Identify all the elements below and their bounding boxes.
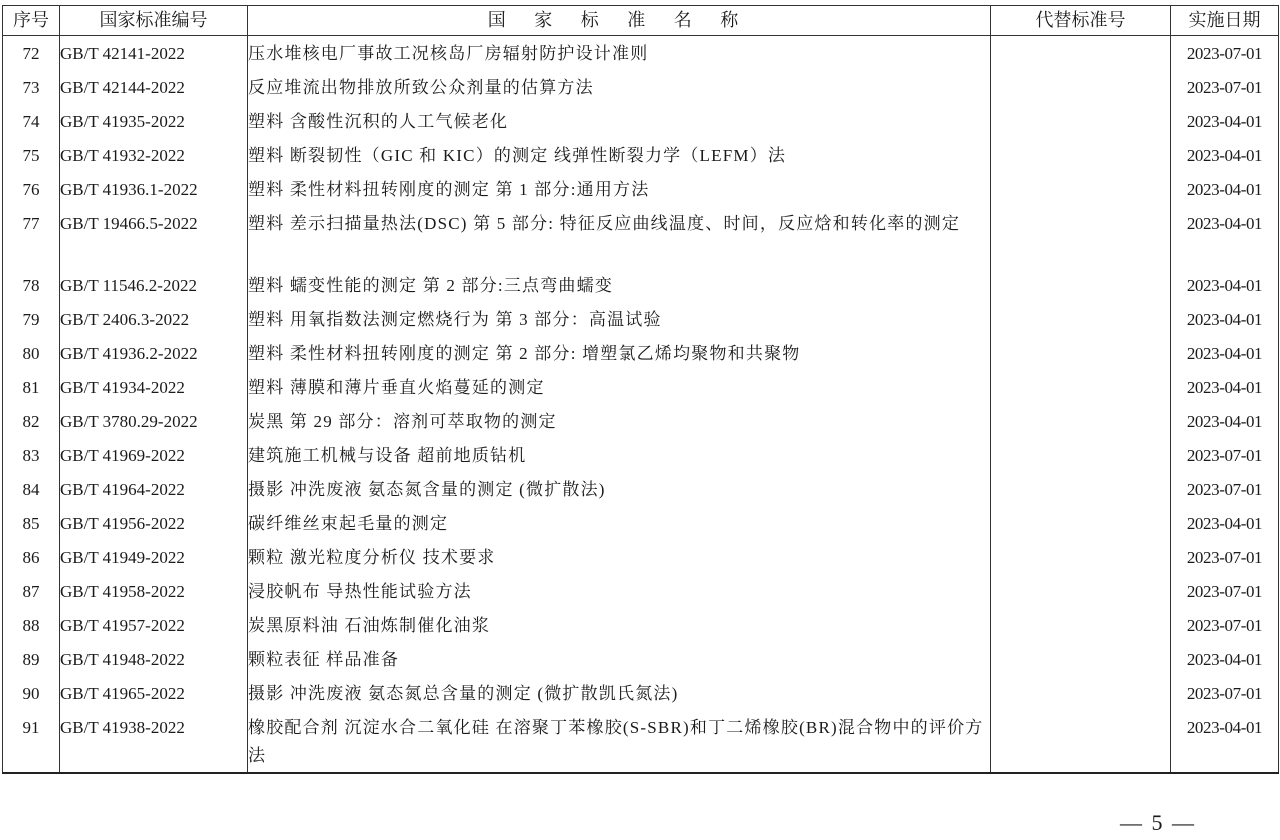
row-seq: 74 — [3, 104, 60, 138]
table-header-row: 序号 国家标准编号 国 家 标 准 名 称 代替标准号 实施日期 — [3, 6, 1279, 36]
row-code: GB/T 41932-2022 — [60, 138, 248, 172]
row-replaces — [991, 302, 1171, 336]
row-name: 反应堆流出物排放所致公众剂量的估算方法 — [248, 70, 991, 104]
table-row: 90GB/T 41965-2022摄影 冲洗废液 氨态氮总含量的测定 (微扩散凯… — [3, 676, 1279, 710]
row-name: 塑料 柔性材料扭转刚度的测定 第 1 部分:通用方法 — [248, 172, 991, 206]
row-date: 2023-04-01 — [1171, 710, 1279, 773]
row-replaces — [991, 104, 1171, 138]
row-date: 2023-04-01 — [1171, 206, 1279, 268]
row-date: 2023-07-01 — [1171, 70, 1279, 104]
row-code: GB/T 3780.29-2022 — [60, 404, 248, 438]
row-replaces — [991, 642, 1171, 676]
row-code: GB/T 41936.2-2022 — [60, 336, 248, 370]
standards-table: 序号 国家标准编号 国 家 标 准 名 称 代替标准号 实施日期 72GB/T … — [2, 5, 1279, 774]
row-code: GB/T 42141-2022 — [60, 36, 248, 71]
row-name: 摄影 冲洗废液 氨态氮总含量的测定 (微扩散凯氏氮法) — [248, 676, 991, 710]
row-seq: 80 — [3, 336, 60, 370]
row-replaces — [991, 336, 1171, 370]
row-seq: 81 — [3, 370, 60, 404]
row-seq: 76 — [3, 172, 60, 206]
row-name: 浸胶帆布 导热性能试验方法 — [248, 574, 991, 608]
row-name: 颗粒 激光粒度分析仪 技术要求 — [248, 540, 991, 574]
row-replaces — [991, 138, 1171, 172]
row-date: 2023-07-01 — [1171, 438, 1279, 472]
row-date: 2023-07-01 — [1171, 676, 1279, 710]
table-row: 84GB/T 41964-2022摄影 冲洗废液 氨态氮含量的测定 (微扩散法)… — [3, 472, 1279, 506]
row-code: GB/T 11546.2-2022 — [60, 268, 248, 302]
row-date: 2023-04-01 — [1171, 302, 1279, 336]
row-seq: 88 — [3, 608, 60, 642]
row-name: 炭黑原料油 石油炼制催化油浆 — [248, 608, 991, 642]
table-row: 77GB/T 19466.5-2022塑料 差示扫描量热法(DSC) 第 5 部… — [3, 206, 1279, 268]
row-replaces — [991, 574, 1171, 608]
row-seq: 87 — [3, 574, 60, 608]
page-number: — 5 — — [1120, 810, 1196, 836]
row-seq: 78 — [3, 268, 60, 302]
row-code: GB/T 41936.1-2022 — [60, 172, 248, 206]
row-date: 2023-04-01 — [1171, 172, 1279, 206]
row-name: 碳纤维丝束起毛量的测定 — [248, 506, 991, 540]
table-row: 87GB/T 41958-2022浸胶帆布 导热性能试验方法2023-07-01 — [3, 574, 1279, 608]
row-seq: 84 — [3, 472, 60, 506]
table-row: 89GB/T 41948-2022颗粒表征 样品准备2023-04-01 — [3, 642, 1279, 676]
row-name: 塑料 用氧指数法测定燃烧行为 第 3 部分：高温试验 — [248, 302, 991, 336]
table-row: 79GB/T 2406.3-2022塑料 用氧指数法测定燃烧行为 第 3 部分：… — [3, 302, 1279, 336]
row-name: 炭黑 第 29 部分：溶剂可萃取物的测定 — [248, 404, 991, 438]
row-name: 橡胶配合剂 沉淀水合二氧化硅 在溶聚丁苯橡胶(S-SBR)和丁二烯橡胶(BR)混… — [248, 710, 991, 773]
row-replaces — [991, 70, 1171, 104]
row-date: 2023-07-01 — [1171, 540, 1279, 574]
row-code: GB/T 41935-2022 — [60, 104, 248, 138]
row-code: GB/T 41949-2022 — [60, 540, 248, 574]
row-code: GB/T 41938-2022 — [60, 710, 248, 773]
header-date: 实施日期 — [1171, 6, 1279, 36]
row-replaces — [991, 36, 1171, 71]
row-replaces — [991, 540, 1171, 574]
row-date: 2023-04-01 — [1171, 506, 1279, 540]
row-date: 2023-04-01 — [1171, 268, 1279, 302]
table-row: 74GB/T 41935-2022塑料 含酸性沉积的人工气候老化2023-04-… — [3, 104, 1279, 138]
row-date: 2023-04-01 — [1171, 642, 1279, 676]
table-row: 72GB/T 42141-2022压水堆核电厂事故工况核岛厂房辐射防护设计准则2… — [3, 36, 1279, 71]
row-name: 塑料 薄膜和薄片垂直火焰蔓延的测定 — [248, 370, 991, 404]
row-code: GB/T 41965-2022 — [60, 676, 248, 710]
row-seq: 79 — [3, 302, 60, 336]
row-replaces — [991, 438, 1171, 472]
row-code: GB/T 41934-2022 — [60, 370, 248, 404]
row-seq: 73 — [3, 70, 60, 104]
row-date: 2023-07-01 — [1171, 36, 1279, 71]
row-replaces — [991, 710, 1171, 773]
row-name: 颗粒表征 样品准备 — [248, 642, 991, 676]
header-name: 国 家 标 准 名 称 — [248, 6, 991, 36]
row-replaces — [991, 608, 1171, 642]
row-replaces — [991, 370, 1171, 404]
row-seq: 72 — [3, 36, 60, 71]
row-code: GB/T 41969-2022 — [60, 438, 248, 472]
row-name: 压水堆核电厂事故工况核岛厂房辐射防护设计准则 — [248, 36, 991, 71]
row-name: 塑料 蠕变性能的测定 第 2 部分:三点弯曲蠕变 — [248, 268, 991, 302]
row-code: GB/T 41957-2022 — [60, 608, 248, 642]
row-seq: 83 — [3, 438, 60, 472]
table-row: 86GB/T 41949-2022颗粒 激光粒度分析仪 技术要求2023-07-… — [3, 540, 1279, 574]
row-replaces — [991, 172, 1171, 206]
table-row: 85GB/T 41956-2022碳纤维丝束起毛量的测定2023-04-01 — [3, 506, 1279, 540]
row-date: 2023-04-01 — [1171, 104, 1279, 138]
row-name: 塑料 差示扫描量热法(DSC) 第 5 部分: 特征反应曲线温度、时间，反应焓和… — [248, 206, 991, 268]
row-seq: 75 — [3, 138, 60, 172]
row-seq: 82 — [3, 404, 60, 438]
header-code: 国家标准编号 — [60, 6, 248, 36]
row-seq: 77 — [3, 206, 60, 268]
header-replaces: 代替标准号 — [991, 6, 1171, 36]
row-seq: 89 — [3, 642, 60, 676]
table-row: 73GB/T 42144-2022反应堆流出物排放所致公众剂量的估算方法2023… — [3, 70, 1279, 104]
table-row: 91GB/T 41938-2022橡胶配合剂 沉淀水合二氧化硅 在溶聚丁苯橡胶(… — [3, 710, 1279, 773]
table-row: 78GB/T 11546.2-2022塑料 蠕变性能的测定 第 2 部分:三点弯… — [3, 268, 1279, 302]
table-row: 81GB/T 41934-2022塑料 薄膜和薄片垂直火焰蔓延的测定2023-0… — [3, 370, 1279, 404]
row-name: 塑料 柔性材料扭转刚度的测定 第 2 部分: 增塑氯乙烯均聚物和共聚物 — [248, 336, 991, 370]
row-replaces — [991, 506, 1171, 540]
row-date: 2023-04-01 — [1171, 138, 1279, 172]
row-name: 塑料 含酸性沉积的人工气候老化 — [248, 104, 991, 138]
row-name: 塑料 断裂韧性（GIC 和 KIC）的测定 线弹性断裂力学（LEFM）法 — [248, 138, 991, 172]
table-row: 83GB/T 41969-2022建筑施工机械与设备 超前地质钻机2023-07… — [3, 438, 1279, 472]
header-seq: 序号 — [3, 6, 60, 36]
row-date: 2023-04-01 — [1171, 404, 1279, 438]
table-row: 76GB/T 41936.1-2022塑料 柔性材料扭转刚度的测定 第 1 部分… — [3, 172, 1279, 206]
table-row: 88GB/T 41957-2022炭黑原料油 石油炼制催化油浆2023-07-0… — [3, 608, 1279, 642]
row-code: GB/T 19466.5-2022 — [60, 206, 248, 268]
row-seq: 91 — [3, 710, 60, 773]
row-replaces — [991, 268, 1171, 302]
table-row: 75GB/T 41932-2022塑料 断裂韧性（GIC 和 KIC）的测定 线… — [3, 138, 1279, 172]
row-date: 2023-07-01 — [1171, 574, 1279, 608]
table-row: 80GB/T 41936.2-2022塑料 柔性材料扭转刚度的测定 第 2 部分… — [3, 336, 1279, 370]
row-date: 2023-07-01 — [1171, 472, 1279, 506]
row-date: 2023-07-01 — [1171, 608, 1279, 642]
row-name: 建筑施工机械与设备 超前地质钻机 — [248, 438, 991, 472]
row-replaces — [991, 676, 1171, 710]
row-code: GB/T 42144-2022 — [60, 70, 248, 104]
row-code: GB/T 41948-2022 — [60, 642, 248, 676]
row-seq: 86 — [3, 540, 60, 574]
row-seq: 85 — [3, 506, 60, 540]
row-replaces — [991, 206, 1171, 268]
row-code: GB/T 41964-2022 — [60, 472, 248, 506]
row-replaces — [991, 472, 1171, 506]
row-code: GB/T 41956-2022 — [60, 506, 248, 540]
row-replaces — [991, 404, 1171, 438]
row-seq: 90 — [3, 676, 60, 710]
row-date: 2023-04-01 — [1171, 336, 1279, 370]
row-code: GB/T 41958-2022 — [60, 574, 248, 608]
row-code: GB/T 2406.3-2022 — [60, 302, 248, 336]
row-name: 摄影 冲洗废液 氨态氮含量的测定 (微扩散法) — [248, 472, 991, 506]
table-row: 82GB/T 3780.29-2022炭黑 第 29 部分：溶剂可萃取物的测定2… — [3, 404, 1279, 438]
row-date: 2023-04-01 — [1171, 370, 1279, 404]
